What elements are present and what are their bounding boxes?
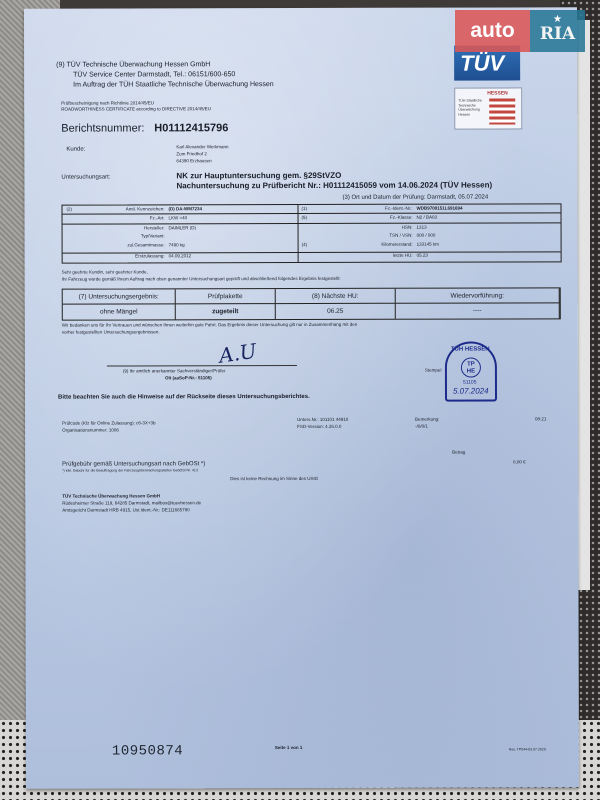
stamp-label: Stempel [425,368,442,374]
vehicle-field-label: Hersteller: [144,225,165,231]
vehicle-field-value: DAIMLER (D) [169,225,197,231]
stamp-date: 5.07.2024 [453,387,489,396]
autoria-watermark: auto RIA ★ [455,10,585,52]
official-stamp: TÜH HESSEN TPHE 51105 5.07.2024 [445,341,497,401]
vehicle-field-value: 04.09.2012 [169,253,192,259]
no-invoice-note: Dies ist keine Rechnung im Sinne des USt… [230,476,318,482]
result-header: Wiedervorführung: [396,288,560,303]
thanks-line-2: vorher festgestellten Untersuchungsergeb… [62,329,160,335]
vehicle-data-table: (2) Amtl. Kennzeichen:(D) DA-WM7234Fz.-A… [61,203,561,263]
back-side-notice: Bitte beachten Sie auch die Hinweise auf… [58,393,310,402]
company-name: TÜV Technische Überwachung Hessen GmbH [62,493,160,499]
vehicle-field-label: TSN / VSN: [389,233,412,239]
vehicle-field-number: (4) [302,242,308,248]
hessen-title: HESSEN [487,90,508,96]
vehicle-left-num: (2) [66,207,72,213]
vehicle-field-label: Typ/Variant: [141,233,165,239]
organisation-number: Organisationsnummer: 1006 [62,427,119,433]
vehicle-field-label: Kilometerstand: [381,242,412,248]
vehicle-field-value: (D) DA-WM7234 [168,206,202,212]
inspection-report-document: (9) TÜV Technische Überwachung Hessen Gm… [24,7,579,788]
report-number: H01112415796 [154,122,228,134]
result-header: (8) Nächste HU: [276,289,396,304]
vehicle-field-label: HSN: [402,225,413,231]
vehicle-field-label: letzte HU: [393,253,413,259]
result-value: ohne Mängel [63,304,176,319]
vehicle-field-label: Amtl. Kennzeichen: [126,206,165,212]
vehicle-field-value: 133145 km [417,242,439,248]
signature-caption: (9) Ihr amtlich anerkannter Sachverständ… [123,368,226,374]
hessen-logo: HESSEN TÜH Staatliche Technische Überwac… [454,87,522,129]
vehicle-field-value: 7490 kg [169,242,185,248]
inspection-place-date: (3) Ort und Datum der Prüfung: Darmstadt… [342,194,488,202]
inspection-type-label: Untersuchungsart: [61,173,110,181]
result-table: (7) Untersuchungsergebnis:ohne MängelPrü… [62,287,561,320]
revision-code: Rev. TP044-03.07.2020 [509,747,546,751]
issuer-line-1: (9) TÜV Technische Überwachung Hessen Gm… [56,60,210,69]
vehicle-field-value: WDB9700151L691694 [416,206,462,212]
vehicle-field-label: Fz.-Ident.-Nr.: [385,206,413,212]
greeting-line-2: Ihr Fahrzeug wurde gemäß Ihrem Auftrag n… [62,276,341,283]
hessen-text: TÜH Staatliche Technische Überwachung He… [458,99,484,117]
customer-label: Kunde: [66,146,85,154]
customer-city: 64390 Erzhausen [176,158,211,164]
vehicle-field-label: Fz.-Klasse: [390,215,413,221]
inspection-type-line-1: NK zur Hauptuntersuchung gem. §29StVZO [176,171,341,180]
vehicle-field-number: (5) [302,215,308,221]
star-icon: ★ [553,14,562,25]
vehicle-field-value: N2 / BA03 [417,215,438,221]
stamp-arc-text: TÜH HESSEN [451,347,490,353]
thanks-line-1: Wir bedanken uns für Ihr Vertrauen und w… [62,322,357,329]
time: 08:21 [535,416,546,422]
customer-name: Karl Alexander Werkmann [176,144,228,150]
hessen-coat-of-arms-icon [489,98,515,124]
greeting-line-1: Sehr geehrte Kundin, sehr geehrter Kunde… [62,269,148,275]
customer-street: Zum Friedhof 2 [176,151,207,157]
stamp-tp-he: TPHE [461,358,481,378]
vehicle-field-value: 1313 [417,225,427,231]
vehicle-field-number: (1) [301,206,307,212]
signature-line [107,365,297,366]
issuer-line-3: Im Auftrag der TÜH Staatliche Technische… [73,80,274,90]
result-value: ---- [396,303,560,318]
vehicle-field-label: Fz.-Art: [150,215,165,221]
stamp-number: 51105 [463,380,477,386]
remark-value: -/0/0/1 [415,424,428,430]
vehicle-field-value: 05.23 [417,253,428,259]
result-value: zugeteilt [176,304,276,319]
vehicle-field-label: Erstzulassung: [135,253,165,259]
amount-label: Betrag [452,450,465,456]
page-indicator: Seite 1 von 1 [275,745,303,751]
examiner-name: Olt (aaSoP-Nr.: 51105) [165,375,212,381]
fee-footnote: *) inkl. Gebühr für die Beauftragung der… [62,468,198,472]
result-header: Prüfplakette [176,289,276,304]
company-address: Rüdesheimer Straße 119, 64285 Darmstadt,… [62,500,201,506]
vehicle-field-value: 000 / 000 [417,233,436,239]
remark-label: Bemerkung: [415,417,439,423]
inspection-type-line-2: Nachuntersuchung zu Prüfbericht Nr.: H01… [176,181,492,191]
vehicle-field-value: LKW >40 [169,215,188,221]
inspection-number: Unters.Nr.: 101101 44910 [297,417,348,423]
fee-amount: 8,00 € [513,459,526,465]
company-register: Amtsgericht Darmstadt HRB 4915, Ust.Iden… [62,507,189,513]
result-header: (7) Untersuchungsergebnis: [63,289,176,304]
certificate-line-2: ROADWORTHINESS CERTIFICATE according to … [61,106,211,112]
result-value: 06.25 [276,304,396,319]
issuer-line-2: TÜV Service Center Darmstadt, Tel.: 0615… [73,70,235,79]
pruefcode: Prüfcode (Kfz für Online Zulassung): c6-… [62,420,155,426]
document-serial-number: 10950874 [112,743,183,759]
watermark-auto: auto [455,10,530,52]
fsd-version: FSD-Version: 4.26.0.0 [297,424,341,430]
report-number-label: Berichtsnummer: [61,122,144,134]
vehicle-field-label: zul.Gesamtmasse: [127,242,164,248]
signature: A.U [217,339,258,368]
